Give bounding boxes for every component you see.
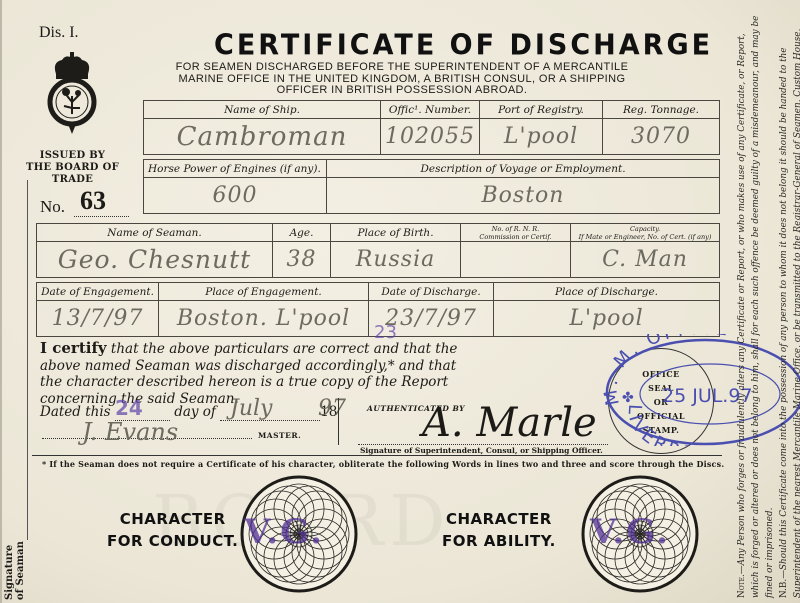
ship-name-value: Cambroman xyxy=(144,119,381,155)
port-of-registry-value: L'pool xyxy=(479,119,602,155)
header-port-of-registry: Port of Registry. xyxy=(479,101,602,119)
dated-day-stamp: 24 xyxy=(115,396,143,420)
dated-month-value: July xyxy=(230,396,272,421)
header-place-of-engagement: Place of Engagement. xyxy=(159,283,369,301)
svg-text:✤: ✤ xyxy=(622,390,634,406)
footnote: * If the Seaman does not require a Certi… xyxy=(42,459,724,469)
seaman-name-value: Geo. Chesnutt xyxy=(37,242,273,278)
left-margin-rule xyxy=(27,180,28,540)
certificate-subtitle: FOR SEAMEN DISCHARGED BEFORE THE SUPERIN… xyxy=(167,62,637,97)
certify-lead: I certify xyxy=(40,339,107,357)
footnote-rule xyxy=(32,455,722,456)
master-signature: J. Evans xyxy=(82,418,178,446)
auth-divider xyxy=(338,398,339,445)
place-of-birth-value: Russia xyxy=(331,242,461,278)
header-reg-tonnage: Reg. Tonnage. xyxy=(602,101,719,119)
header-date-of-discharge: Date of Discharge. xyxy=(369,283,494,301)
royal-crest-icon xyxy=(42,52,102,147)
issuer: ISSUED BY THE BOARD OF TRADE xyxy=(10,150,135,186)
header-ship-name: Name of Ship. xyxy=(144,101,381,119)
character-for-ability-label: CHARACTER FOR ABILITY. xyxy=(442,508,556,552)
date-of-engagement-value: 13/7/97 xyxy=(37,301,159,337)
header-capacity: Capacity. If Mate or Engineer, No. of Ce… xyxy=(571,224,720,242)
place-of-engagement-value: Boston. L'pool xyxy=(159,301,369,337)
header-place-of-discharge: Place of Discharge. xyxy=(494,283,720,301)
header-seaman-name: Name of Seaman. xyxy=(37,224,273,242)
official-number-value: 102055 xyxy=(381,119,480,155)
capacity-value: C. Man xyxy=(571,242,720,278)
rnr-value xyxy=(461,242,571,278)
character-for-conduct-label: CHARACTER FOR CONDUCT. xyxy=(107,508,238,552)
signature-of-seaman-label: Signature of Seaman xyxy=(4,470,26,600)
certificate-page: BOARD Dis. I. ISSUED BY THE BOARD OF TRA… xyxy=(0,0,800,603)
header-official-number: Offic¹. Number. xyxy=(381,101,480,119)
place-of-discharge-value: L'pool xyxy=(494,301,720,337)
legal-side-note: Note.—Any Person who forges or fraudulen… xyxy=(735,8,800,598)
master-label: MASTER. xyxy=(258,431,301,440)
horse-power-value: 600 xyxy=(144,178,327,214)
header-horse-power: Horse Power of Engines (if any). xyxy=(144,160,327,178)
voyage-value: Boston xyxy=(327,178,720,214)
note-paragraph: Note.—Any Person who forges or fraudulen… xyxy=(735,8,777,598)
certificate-number: 63 xyxy=(80,186,106,216)
header-age: Age. xyxy=(273,224,331,242)
header-place-of-birth: Place of Birth. xyxy=(331,224,461,242)
svg-text:LIVERPOOL: LIVERPOOL xyxy=(624,404,727,446)
nb-paragraph: N.B.—Should this Certificate come into t… xyxy=(777,8,800,598)
conduct-mark-stamp: V.G. xyxy=(244,512,324,552)
number-underline xyxy=(74,216,129,217)
engine-voyage-table: Horse Power of Engines (if any). Descrip… xyxy=(143,159,720,214)
reg-tonnage-value: 3070 xyxy=(602,119,719,155)
age-value: 38 xyxy=(273,242,331,278)
number-label: No. xyxy=(40,197,65,217)
seaman-details-table: Name of Seaman. Age. Place of Birth. No.… xyxy=(36,223,720,278)
officer-signature: A. Marle xyxy=(422,400,597,446)
certificate-title: CERTIFICATE OF DISCHARGE xyxy=(214,29,713,62)
header-voyage: Description of Voyage or Employment. xyxy=(327,160,720,178)
header-date-of-engagement: Date of Engagement. xyxy=(37,283,159,301)
ship-details-table: Name of Ship. Offic¹. Number. Port of Re… xyxy=(143,100,720,155)
dated-year-value: 97 xyxy=(318,396,346,421)
ability-mark-stamp: V.G. xyxy=(590,512,670,552)
form-code: Dis. I. xyxy=(39,24,79,42)
header-rnr: No. of R. N. R. Commission or Certif. xyxy=(461,224,571,242)
officer-signature-caption: Signature of Superintendent, Consul, or … xyxy=(360,446,603,455)
